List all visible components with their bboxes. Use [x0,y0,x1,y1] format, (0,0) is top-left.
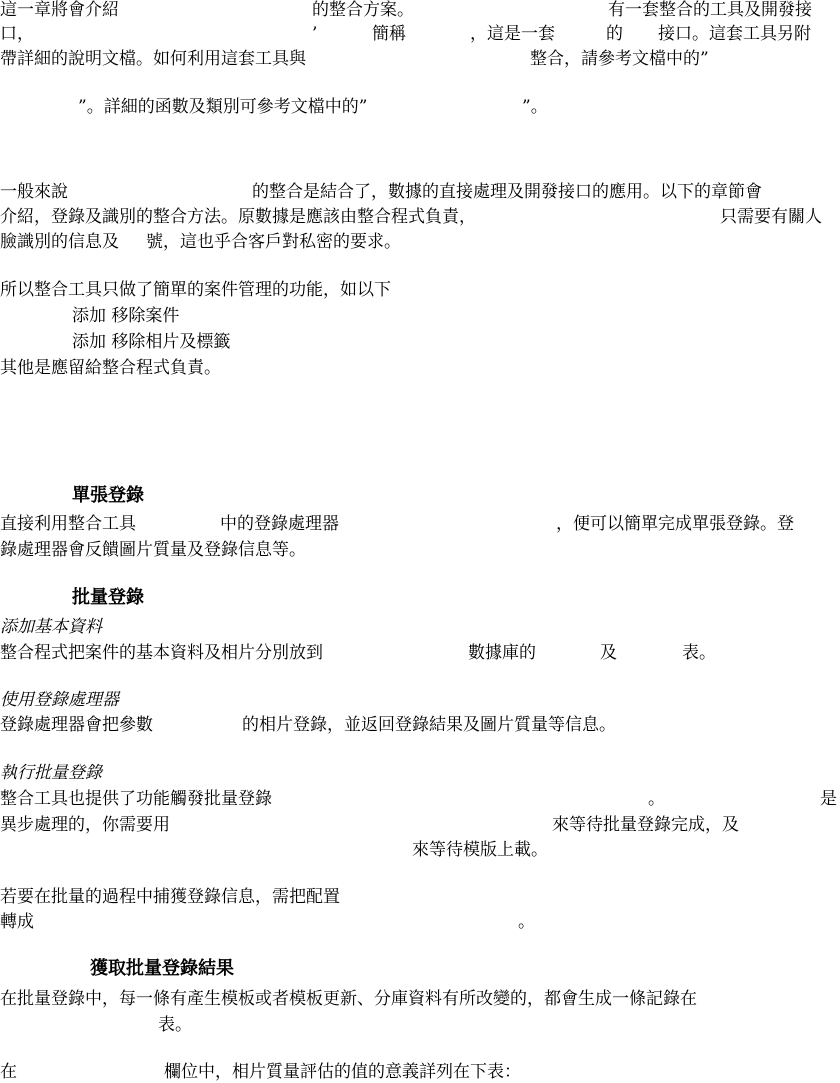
text-run: 一般來說 [0,182,68,202]
text-run: 帶詳細的說明文檔。如何利用這套工具與 [0,49,306,69]
text-run: 。 [648,789,665,809]
text-run: 這一章將會介紹 [0,0,119,20]
text-run: 整合工具也提供了功能觸發批量登錄 [0,789,272,809]
section-heading: 獲取批量登錄結果 [90,958,234,980]
text-run: 號，這也乎合客戶對私密的要求。 [146,232,401,252]
subheading: 添加基本資料 [0,617,102,637]
bullet-item: 添加 移除相片及標籤 [72,332,230,352]
text-run: ’ [312,24,317,44]
text-run: ”。 [522,97,548,117]
text-run: 的整合方案。 [312,0,414,20]
text-run: 只需要有關人 [720,207,822,227]
section-heading: 單張登錄 [72,485,144,507]
paragraph-text: 若要在批量的過程中捕獲登錄信息，需把配置 [0,887,340,907]
text-run: 整合程式把案件的基本資料及相片分別放到 [0,643,323,663]
text-run: ，便可以簡單完成單張登錄。登 [556,514,794,534]
subheading: 使用登錄處理器 [0,690,119,710]
text-run: 接口。這套工具另附 [658,24,811,44]
paragraph-text: 所以整合工具只做了簡單的案件管理的功能，如以下 [0,280,391,300]
text-run: 轉成 [0,912,34,932]
paragraph-text: 表。 [158,1015,192,1035]
text-run: 異步處理的，你需要用 [0,815,170,835]
text-run: 及 [600,643,617,663]
text-run: 欄位中，相片質量評估的值的意義詳列在下表： [164,1062,521,1082]
paragraph-text: 錄處理器會反饋圖片質量及登錄信息等。 [0,540,306,560]
text-run: 數據庫的 [468,643,536,663]
subheading: 執行批量登錄 [0,763,102,783]
text-run: 口， [0,24,34,44]
text-run: 簡稱 [372,24,406,44]
text-run: ，這是一套 [470,24,555,44]
text-run: ”。詳細的函數及類別可參考文檔中的” [78,97,367,117]
text-run: 有一套整合的工具及開發接 [608,0,812,20]
text-run: 是 [820,789,837,809]
text-run: 。 [518,912,535,932]
text-run: 整合，請參考文檔中的” [530,49,709,69]
text-run: 臉識別的信息及 [0,232,119,252]
text-run: 來等待批量登錄完成，及 [552,815,739,835]
text-run: 的 [606,24,623,44]
text-run: 的相片登錄，並返回登錄結果及圖片質量等信息。 [242,715,616,735]
text-run: 介紹，登錄及識別的整合方法。原數據是應該由整合程式負責， [0,207,476,227]
paragraph-text: 在批量登錄中，每一條有產生模板或者模板更新、分庫資料有所改變的，都會生成一條記錄… [0,989,697,1009]
text-run: 在 [0,1062,17,1082]
text-run: 登錄處理器會把參數 [0,715,153,735]
paragraph-text: 其他是應留給整合程式負責。 [0,358,221,378]
text-run: 表。 [682,643,716,663]
text-run: 直接利用整合工具 [0,514,136,534]
bullet-item: 添加 移除案件 [72,306,179,326]
text-run: 的整合是結合了，數據的直接處理及開發接口的應用。以下的章節會 [252,182,762,202]
section-heading: 批量登錄 [72,587,144,609]
text-run: 中的登錄處理器 [220,514,339,534]
text-run: 來等待模版上載。 [412,840,548,860]
